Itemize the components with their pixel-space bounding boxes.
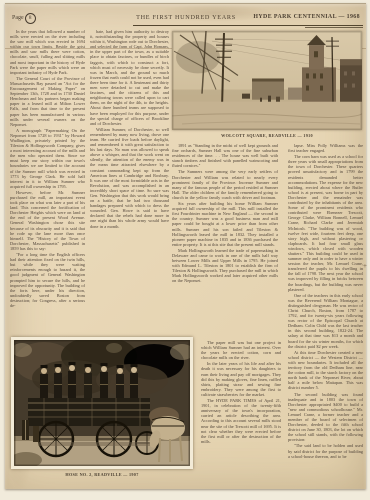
header-center-title: THE FIRST HUNDRED YEARS [136, 14, 236, 21]
text-column-3-upper: 1891 as "Standing in the midst of well k… [172, 143, 278, 335]
paragraph: Six years after building his home Willia… [172, 201, 278, 247]
photo-hose-wagon [11, 337, 193, 469]
paragraph: 1891 as "Standing in the midst of well k… [172, 143, 278, 168]
paragraph: Mark Hollingsworth learned the trade of … [172, 248, 278, 284]
paragraph: "The said land to be holden and used by … [288, 443, 363, 458]
page-header: Page8 THE FIRST HUNDRED YEARS HYDE PARK … [10, 12, 362, 26]
paragraph: In the later years of his life and after… [201, 361, 281, 397]
hose-wagon [28, 398, 150, 426]
paragraph: "For a long time the English officers ha… [10, 252, 85, 308]
text-column-4: lapse. Miss Polly Williams was the first… [288, 143, 363, 484]
paragraph: At this time Dorchester created a new sc… [288, 350, 363, 391]
page-label: Page [12, 15, 24, 21]
paragraph: The HYDE PARK TIMES of April 21, 1901, i… [201, 398, 281, 444]
text-column-1: In the years that followed a number of m… [10, 29, 85, 336]
paragraph: However, before Mr. Sumner purchased the… [10, 190, 85, 251]
header-rule [133, 25, 363, 26]
page-number: 8 [25, 13, 36, 24]
page-edge-mark: + [363, 262, 367, 270]
text-column-2: bate, had given him authority to destroy… [90, 29, 169, 336]
paragraph: The paper mill was but one project in wh… [201, 340, 281, 360]
text-column-3-lower: The paper mill was but one project in wh… [201, 340, 281, 484]
paragraph: The Sumners were among the very early se… [172, 169, 278, 200]
paragraph: The corn barn was used as a school for t… [288, 154, 363, 292]
page-number-label: Page8 [12, 13, 36, 24]
paragraph: The General Court of the Province of Mas… [10, 76, 85, 127]
tree-mass [176, 41, 220, 73]
paragraph: A monograph "Papermaking On the Neponset… [10, 128, 85, 189]
header-rule-secondary [305, 27, 363, 28]
newspaper-page: Page8 THE FIRST HUNDRED YEARS HYDE PARK … [5, 3, 366, 489]
paragraph: lapse. Miss Polly Williams was the first… [288, 143, 363, 153]
street-scene-photo-art [172, 31, 362, 130]
photo-wolcott-square [172, 31, 362, 130]
dirt-road [172, 102, 362, 130]
far-right-building [340, 59, 362, 103]
fire-wagon-photo-art [14, 340, 190, 466]
paragraph: In the years that followed a number of m… [10, 29, 85, 75]
paragraph: William Sumner, of Dorchester, so well r… [90, 127, 169, 229]
header-right-title: HYDE PARK CENTENNIAL — 1968 [253, 14, 360, 20]
photo-caption-hose: HOSE NO. 2, READVILLE — 1907 [11, 472, 193, 477]
photo-caption-wolcott: WOLCOTT SQUARE, READVILLE — 1910 [172, 133, 362, 138]
paragraph: bate, had given him authority to destroy… [90, 29, 169, 126]
paragraph: One of the teachers in this early school… [288, 293, 363, 349]
paragraph: The second building was found inadequate… [288, 392, 363, 443]
